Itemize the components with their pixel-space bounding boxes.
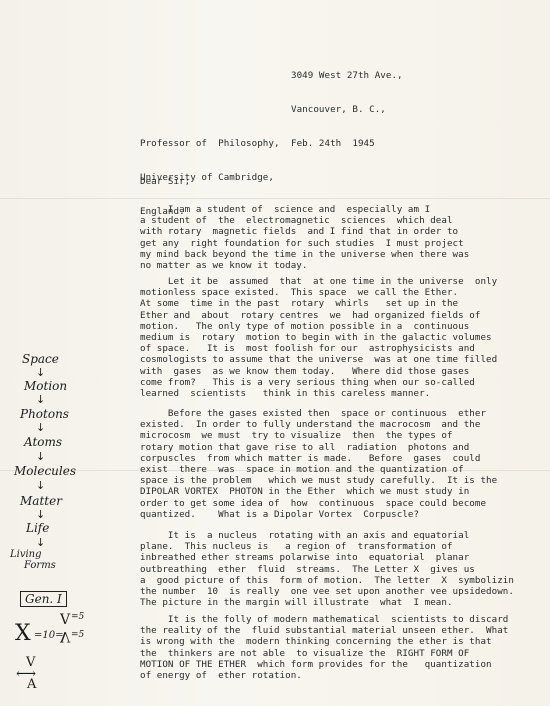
equation-v5: =5 [71, 612, 84, 622]
down-arrow-icon: ↓ [36, 393, 45, 406]
text-line: rotary motion that gave rise to all radi… [140, 442, 497, 453]
text-line: It is a nucleus rotating with an axis an… [140, 530, 514, 541]
down-arrow-icon: ↓ [36, 508, 45, 521]
text-line: of space. It is most foolish for our ast… [140, 343, 497, 354]
recipient-line: Professor of Philosophy, [140, 138, 280, 149]
address-line: Vancouver, B. C., [291, 104, 403, 115]
paragraph-5: It is the folly of modern mathematical s… [140, 614, 508, 681]
text-line: DIPOLAR VORTEX PHOTON in the Ether which… [140, 486, 497, 497]
text-line: outbreathing ether fluid streams. The Le… [140, 564, 514, 575]
text-line: microcosm we must try to visualize then … [140, 430, 497, 441]
paragraph-2: Let it be assumed that at one time in th… [140, 276, 497, 399]
text-line: my mind back beyond the time in the univ… [140, 249, 469, 260]
text-line: Before the gases existed then space or c… [140, 408, 497, 419]
text-line: learned scientists think in this careles… [140, 388, 497, 399]
equation-v: V [60, 612, 70, 628]
text-line: with rotary magnetic fields and I find t… [140, 226, 469, 237]
text-line: a student of the electromagnetic science… [140, 215, 469, 226]
salutation: Dear Sir; [140, 176, 190, 187]
text-line: the thinkers are not able to visualize t… [140, 648, 508, 659]
text-line: come from? This is a very serious thing … [140, 377, 497, 388]
address-line: 3049 West 27th Ave., [291, 70, 403, 81]
text-line: order to get some idea of how continuous… [140, 498, 497, 509]
note-molecules: Molecules [14, 464, 76, 478]
text-line: cosmologists to assume that the universe… [140, 354, 497, 365]
equation-a5: =5 [71, 630, 84, 640]
text-line: get any right foundation for such studie… [140, 238, 469, 249]
note-photons: Photons [20, 407, 69, 421]
down-arrow-icon: ↓ [36, 366, 45, 379]
diagram-a: A [27, 677, 36, 692]
note-matter: Matter [20, 494, 62, 508]
text-line: medium is rotary motion to begin with in… [140, 332, 497, 343]
paragraph-4: It is a nucleus rotating with an axis an… [140, 530, 514, 608]
text-line: a good picture of this form of motion. T… [140, 575, 514, 586]
text-line: At some time in the past rotary whirls s… [140, 298, 497, 309]
sender-address: 3049 West 27th Ave., Vancouver, B. C., F… [291, 48, 403, 171]
equation-x: X [15, 621, 31, 646]
note-motion: Motion [24, 379, 67, 393]
text-line: is wrong with the modern thinking concer… [140, 636, 508, 647]
text-line: exist there was space in motion and the … [140, 464, 497, 475]
text-line: space is the problem which we must study… [140, 475, 497, 486]
note-atoms: Atoms [24, 435, 62, 449]
note-space: Space [22, 352, 59, 366]
down-arrow-icon: ↓ [36, 479, 45, 492]
text-line: I am a student of science and especially… [140, 204, 469, 215]
text-line: It is the folly of modern mathematical s… [140, 614, 508, 625]
note-forms: Forms [24, 560, 56, 571]
down-arrow-icon: ↓ [36, 421, 45, 434]
note-life: Life [26, 521, 49, 535]
text-line: the number 10 is really one vee set upon… [140, 586, 514, 597]
text-line: existed. In order to fully understand th… [140, 419, 497, 430]
text-line: plane. This nucleus is a region of trans… [140, 541, 514, 552]
text-line: with gases as we know them today. Where … [140, 366, 497, 377]
text-line: inbreathed ether streams polarwise into … [140, 552, 514, 563]
text-line: the reality of the fluid substantial mat… [140, 625, 508, 636]
equation-inverted-v: V [60, 628, 70, 644]
text-line: motionless space existed. This space we … [140, 287, 497, 298]
paragraph-1: I am a student of science and especially… [140, 204, 469, 271]
letter-page: 3049 West 27th Ave., Vancouver, B. C., F… [0, 0, 550, 706]
text-line: corpuscles from which matter is made. Be… [140, 453, 497, 464]
text-line: The picture in the margin will illustrat… [140, 597, 514, 608]
text-line: of energy of ether rotation. [140, 670, 508, 681]
text-line: quantized. What is a Dipolar Vortex Corp… [140, 509, 497, 520]
gen-box: Gen. I [20, 591, 67, 607]
note-living: Living [10, 549, 42, 560]
text-line: MOTION OF THE ETHER which form provides … [140, 659, 508, 670]
down-arrow-icon: ↓ [36, 536, 45, 549]
down-arrow-icon: ↓ [36, 450, 45, 463]
text-line: no matter as we know it today. [140, 260, 469, 271]
text-line: Let it be assumed that at one time in th… [140, 276, 497, 287]
text-line: motion. The only type of motion possible… [140, 321, 497, 332]
letter-date: Feb. 24th 1945 [291, 138, 403, 149]
paragraph-3: Before the gases existed then space or c… [140, 408, 497, 520]
text-line: Ether and about rotary centres we had or… [140, 310, 497, 321]
